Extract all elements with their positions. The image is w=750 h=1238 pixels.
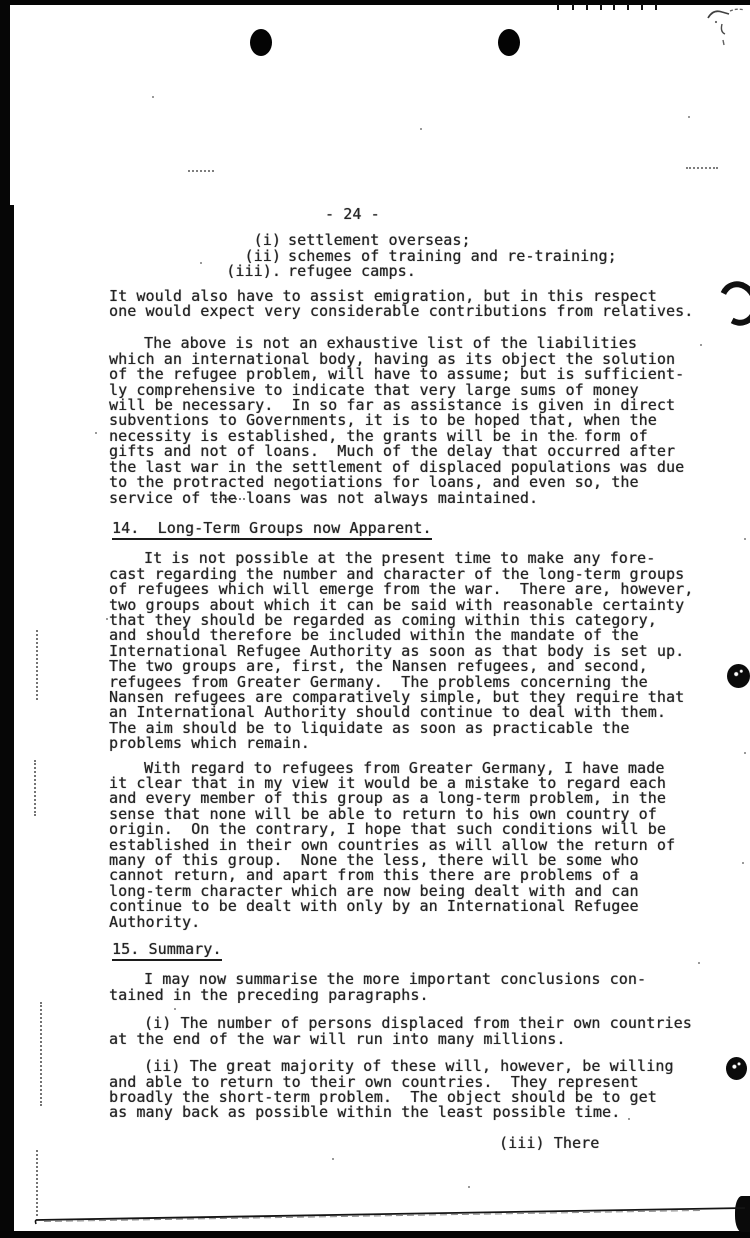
- section-heading-15-text: 15. Summary.: [112, 940, 222, 961]
- speck-cluster: [686, 167, 718, 169]
- speck: [575, 438, 577, 440]
- page-edge-line: [0, 1200, 750, 1238]
- speck: [698, 962, 700, 964]
- ink-blot: [726, 1057, 747, 1080]
- paragraph-liabilities: The above is not an exhaustive list of t…: [109, 336, 750, 505]
- speck: [744, 752, 746, 754]
- scan-tick-mark: [600, 4, 602, 10]
- scan-tick-mark: [613, 4, 615, 10]
- list-item: (ii) schemes of training and re-training…: [109, 249, 750, 264]
- scan-tick-mark: [641, 4, 643, 10]
- speck: [468, 1186, 470, 1188]
- speck-cluster: [215, 498, 245, 500]
- summary-item-i: (i) The number of persons displaced from…: [109, 1016, 750, 1047]
- paragraph-greater-germany: With regard to refugees from Greater Ger…: [109, 761, 750, 930]
- speck: [174, 1008, 176, 1010]
- speck: [420, 128, 422, 130]
- speck-cluster: [34, 760, 36, 816]
- scan-edge-left-wide: [0, 205, 14, 1238]
- speck-cluster: [188, 170, 214, 172]
- speck: [628, 1118, 630, 1120]
- speck: [700, 344, 702, 346]
- scan-edge-top: [0, 0, 750, 5]
- speck: [258, 906, 260, 908]
- section-heading-14: 14. Long-Term Groups now Apparent.: [112, 521, 750, 536]
- list-item-marker: (iii).: [109, 264, 281, 279]
- scan-tick-mark: [557, 4, 559, 10]
- speck: [200, 262, 202, 264]
- summary-item-ii: (ii) The great majority of these will, h…: [109, 1059, 750, 1121]
- scanned-document-page: - 24 - (i) settlement overseas; (ii) sch…: [0, 0, 750, 1238]
- scan-tick-mark: [655, 4, 657, 10]
- pen-scribble: [702, 2, 750, 52]
- ink-blot: [727, 664, 750, 688]
- section-heading-14-text: 14. Long-Term Groups now Apparent.: [112, 519, 432, 540]
- catchword: (iii) There: [499, 1136, 750, 1151]
- scan-tick-mark: [627, 4, 629, 10]
- section-heading-15: 15. Summary.: [112, 942, 750, 957]
- speck: [95, 432, 97, 434]
- page-number: - 24 -: [325, 207, 750, 222]
- speck-cluster: [36, 630, 38, 700]
- speck: [332, 1158, 334, 1160]
- list-item-text: refugee camps.: [288, 264, 416, 279]
- scan-tick-mark: [586, 4, 588, 10]
- list-item: (iii). refugee camps.: [109, 264, 750, 279]
- paragraph-summary-intro: I may now summarise the more important c…: [109, 972, 750, 1003]
- speck: [688, 116, 690, 118]
- paragraph-emigration: It would also have to assist emigration,…: [109, 289, 750, 320]
- speck: [744, 538, 746, 540]
- punch-hole-left: [250, 29, 272, 56]
- speck: [120, 842, 122, 844]
- page-edge-dots: [36, 1150, 38, 1216]
- liability-list: (i) settlement overseas; (ii) schemes of…: [109, 233, 750, 279]
- speck: [106, 618, 108, 620]
- scan-tick-mark: [572, 4, 574, 10]
- document-content: - 24 - (i) settlement overseas; (ii) sch…: [109, 0, 750, 1151]
- speck: [152, 96, 154, 98]
- speck: [742, 862, 744, 864]
- punch-hole-right: [498, 29, 520, 56]
- paragraph-long-term-groups: It is not possible at the present time t…: [109, 551, 750, 751]
- speck-cluster: [40, 1002, 42, 1106]
